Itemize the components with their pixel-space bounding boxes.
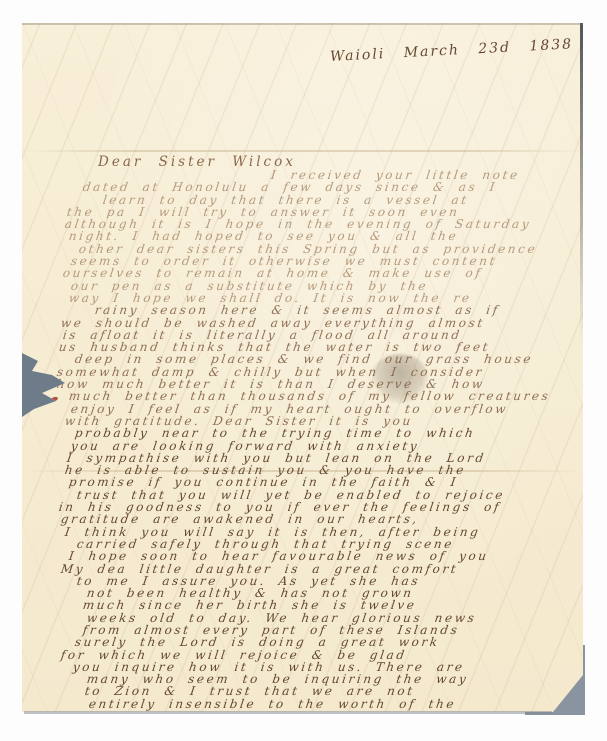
manuscript-line: My dea little daughter is a great comfor… [60,563,583,575]
manuscript-line: ourselves to remain at home & make use o… [62,267,583,279]
letter-page: Waioli March 23d 1838 Dear Sister Wilcox… [22,23,583,712]
fold-crease [22,150,583,152]
letter-scan: Waioli March 23d 1838 Dear Sister Wilcox… [0,0,607,741]
manuscript-line: gratitude are awakened in our hearts, [60,513,583,525]
manuscript-line: I hope soon to hear favourable news of y… [68,550,583,562]
manuscript-line: much better than thousands of my fellow … [68,390,583,402]
manuscript-line: entirely insensible to the worth of the [88,698,583,710]
manuscript-line: rainy season here & it seems almost as i… [94,304,583,316]
manuscript-line: surely the Lord is doing a great work [74,636,583,648]
manuscript-line: dated at Honolulu a few days since & as … [82,181,583,193]
manuscript-line: probably near to the trying time to whic… [74,427,583,439]
paper-edge-shadow-bottom [24,711,552,714]
manuscript-line: to Zion & I trust that we are not [84,685,583,697]
manuscript-line: much since her birth she is twelve [82,599,583,611]
letter-body: I received your little notedated at Hono… [22,169,583,710]
manuscript-line: we should be washed away everything almo… [60,317,583,329]
dateline: Waioli March 23d 1838 [330,36,574,65]
salutation: Dear Sister Wilcox [98,154,296,170]
paper-edge-shadow-top [22,23,583,25]
manuscript-line: you are looking forward with anxiety [70,440,583,452]
manuscript-line: promise if you continue in the faith & I [68,476,583,488]
manuscript-line: deep in some places & we find our grass … [74,353,583,365]
manuscript-line: night. I had hoped to see you & all the [68,230,583,242]
